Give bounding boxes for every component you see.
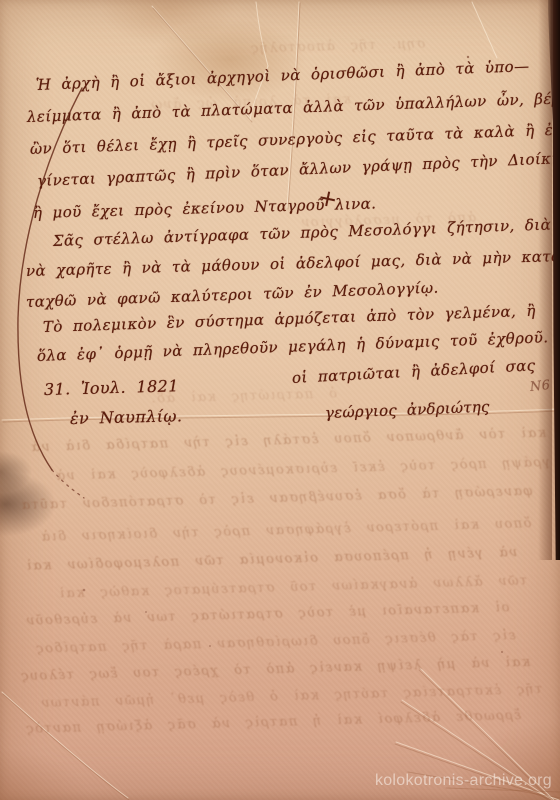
date-line: 31. Ἰουλ. 1821 xyxy=(44,378,179,398)
place-line: ἐν Ναυπλίῳ. xyxy=(70,408,183,427)
watermark-text: kolokotronis-archive.org xyxy=(375,772,552,790)
photo-frame: σημ. τῆς ἀποστολῆς καὶ τὰ λοιπὰ ὡς ἄνω ἀ… xyxy=(0,0,560,800)
paper-edge-shadow xyxy=(538,0,552,560)
